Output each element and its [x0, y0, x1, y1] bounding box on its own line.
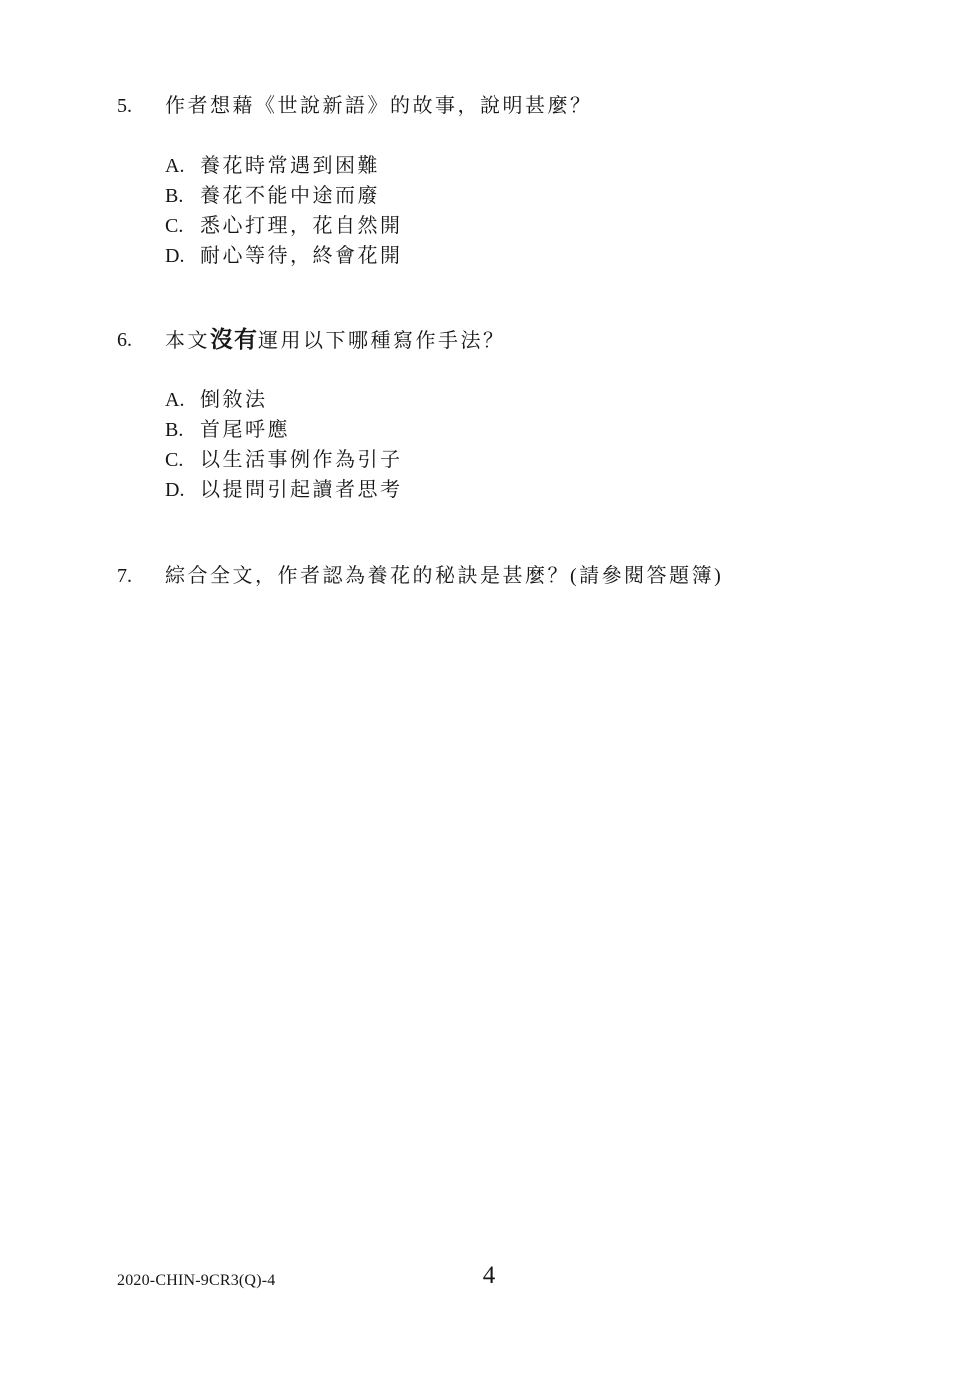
option-text: 悉心打理，花自然開: [200, 211, 403, 241]
option-row: D. 耐心等待，終會花開: [165, 241, 403, 271]
option-letter: C.: [165, 211, 200, 241]
question-text: 作者想藉《世說新語》的故事，說明甚麼？: [165, 93, 593, 119]
option-letter: D.: [165, 241, 200, 271]
option-text: 耐心等待，終會花開: [200, 241, 403, 271]
option-row: B. 養花不能中途而廢: [165, 181, 403, 211]
exam-paper-page: 5. 作者想藉《世說新語》的故事，說明甚麼？ A. 養花時常遇到困難 B. 養花…: [0, 0, 978, 1383]
question-number: 6.: [117, 327, 165, 353]
option-row: A. 養花時常遇到困難: [165, 151, 403, 181]
option-letter: C.: [165, 445, 200, 475]
question-text-before: 本文: [165, 330, 210, 352]
page-number: 4: [0, 1262, 978, 1290]
option-text: 養花不能中途而廢: [200, 181, 380, 211]
question-5: 5. 作者想藉《世說新語》的故事，說明甚麼？: [117, 93, 918, 119]
option-text: 以提問引起讀者思考: [200, 475, 403, 505]
question-bold-term: 沒有: [210, 327, 258, 353]
question-5-options: A. 養花時常遇到困難 B. 養花不能中途而廢 C. 悉心打理，花自然開 D. …: [165, 151, 403, 271]
question-7: 7. 綜合全文，作者認為養花的秘訣是甚麼？(請參閱答題簿): [117, 563, 918, 589]
option-letter: A.: [165, 385, 200, 415]
question-text: 本文沒有運用以下哪種寫作手法？: [165, 327, 506, 354]
question-6: 6. 本文沒有運用以下哪種寫作手法？: [117, 327, 918, 354]
question-text-after: 運用以下哪種寫作手法？: [258, 330, 506, 352]
option-row: B. 首尾呼應: [165, 415, 403, 445]
option-row: A. 倒敘法: [165, 385, 403, 415]
option-row: C. 悉心打理，花自然開: [165, 211, 403, 241]
option-letter: D.: [165, 475, 200, 505]
option-text: 首尾呼應: [200, 415, 290, 445]
option-letter: A.: [165, 151, 200, 181]
option-text: 以生活事例作為引子: [200, 445, 403, 475]
option-text: 養花時常遇到困難: [200, 151, 380, 181]
option-letter: B.: [165, 181, 200, 211]
option-text: 倒敘法: [200, 385, 268, 415]
question-number: 7.: [117, 563, 165, 589]
question-6-options: A. 倒敘法 B. 首尾呼應 C. 以生活事例作為引子 D. 以提問引起讀者思考: [165, 385, 403, 505]
option-row: D. 以提問引起讀者思考: [165, 475, 403, 505]
question-number: 5.: [117, 93, 165, 119]
option-row: C. 以生活事例作為引子: [165, 445, 403, 475]
option-letter: B.: [165, 415, 200, 445]
question-text: 綜合全文，作者認為養花的秘訣是甚麼？(請參閱答題簿): [165, 563, 723, 589]
